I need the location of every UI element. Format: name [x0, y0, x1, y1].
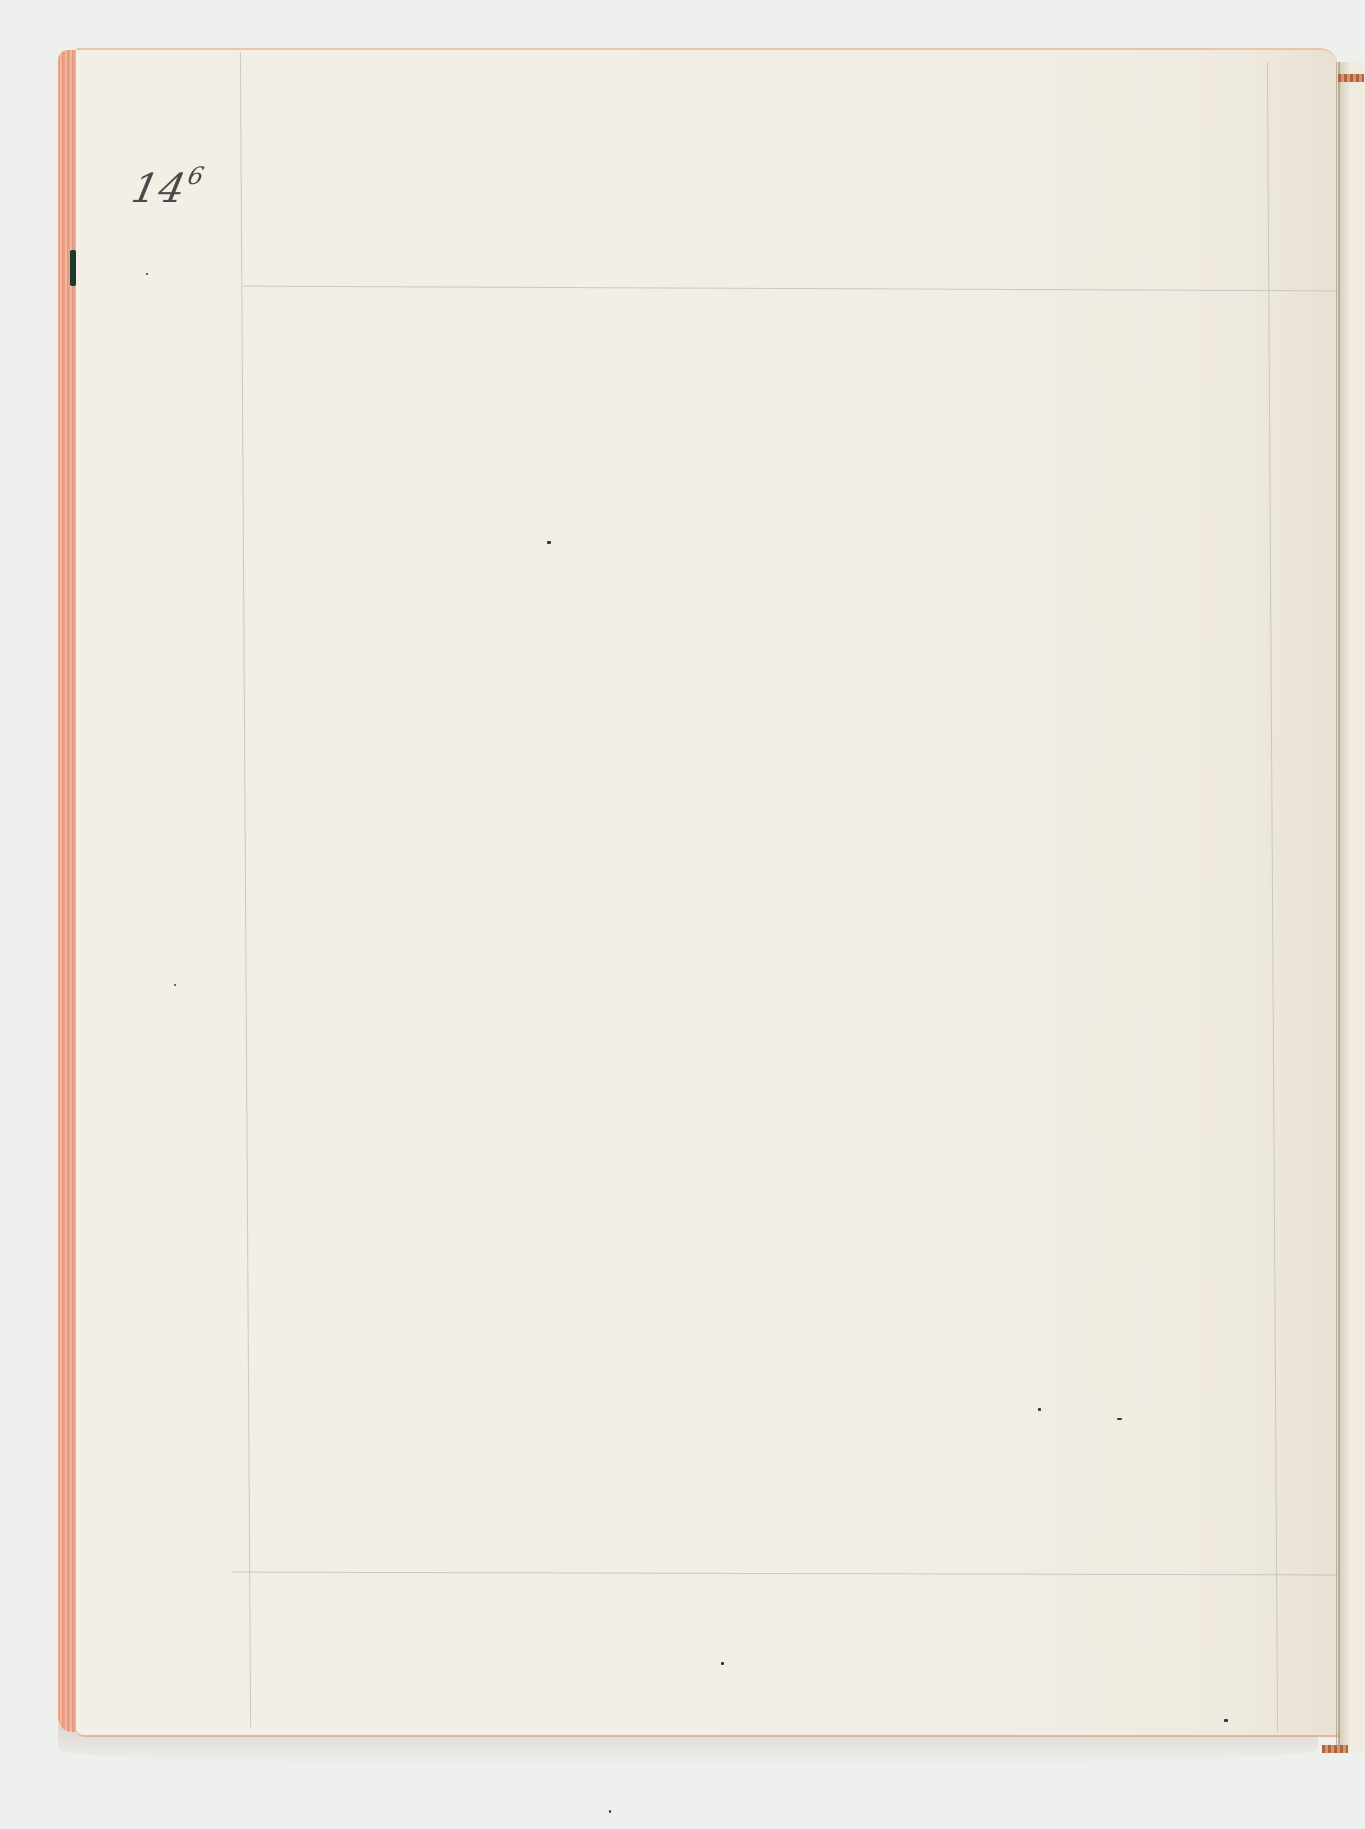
paper-speck — [609, 1810, 611, 1813]
paper-speck — [547, 541, 551, 544]
adjacent-page — [1338, 62, 1365, 1752]
paper-speck — [1117, 1418, 1122, 1420]
torn-edge-top-right — [1338, 74, 1364, 82]
torn-edge-bottom-right — [1322, 1745, 1348, 1753]
paper-speck — [146, 273, 148, 275]
folio-number: 146 — [128, 162, 208, 212]
paper-speck — [1224, 1719, 1228, 1722]
binding-gutter-line — [1336, 62, 1337, 1752]
paper-speck — [1038, 1408, 1041, 1411]
paper-speck — [174, 984, 176, 986]
notebook-page — [76, 48, 1338, 1737]
paper-speck — [721, 1662, 724, 1665]
